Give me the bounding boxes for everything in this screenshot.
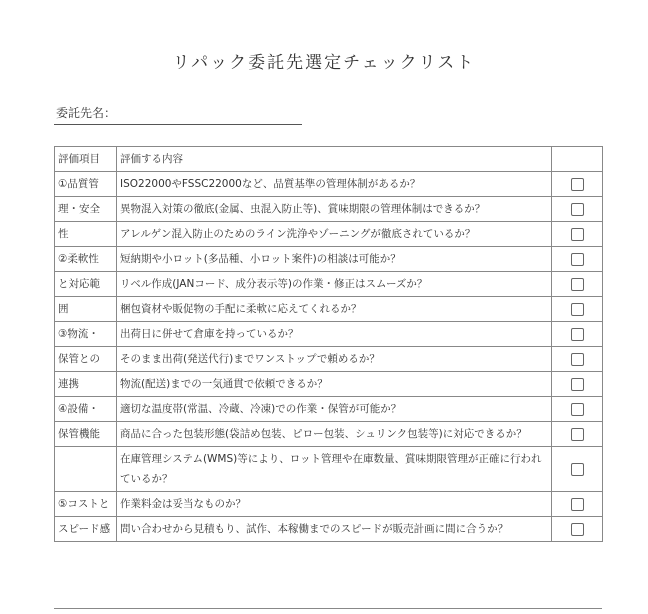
item-cell: そのまま出荷(発送代行)までワンストップで頼めるか？ — [117, 347, 552, 372]
category-cell: と対応範 — [55, 272, 117, 297]
category-cell: ②柔軟性 — [55, 247, 117, 272]
table-row: 保管との そのまま出荷(発送代行)までワンストップで頼めるか？ — [55, 347, 603, 372]
checkbox[interactable] — [571, 328, 584, 341]
item-cell: 在庫管理システム(WMS)等により、ロット管理や在庫数量、賞味期限管理が正確に行… — [117, 447, 552, 492]
table-row: 理・安全 異物混入対策の徹底(金属、虫混入防止等)、賞味期限の管理体制はできるか… — [55, 197, 603, 222]
category-cell: 保管との — [55, 347, 117, 372]
category-cell: スピード感 — [55, 517, 117, 542]
checklist-table: 評価項目 評価する内容 ①品質管 ISO22000やFSSC22000など、品質… — [54, 146, 603, 542]
category-cell: 保管機能 — [55, 422, 117, 447]
category-cell: 理・安全 — [55, 197, 117, 222]
table-row: ④設備・ 適切な温度帯(常温、冷蔵、冷凍)での作業・保管が可能か？ — [55, 397, 603, 422]
item-cell: 作業料金は妥当なものか？ — [117, 492, 552, 517]
header-item: 評価する内容 — [117, 147, 552, 172]
table-row: 囲 梱包資材や販促物の手配に柔軟に応えてくれるか？ — [55, 297, 603, 322]
item-cell: アレルゲン混入防止のためのライン洗浄やゾーニングが徹底されているか？ — [117, 222, 552, 247]
item-cell: 異物混入対策の徹底(金属、虫混入防止等)、賞味期限の管理体制はできるか？ — [117, 197, 552, 222]
client-name-field-line[interactable] — [54, 124, 302, 125]
table-row: ⑤コストと 作業料金は妥当なものか？ — [55, 492, 603, 517]
item-cell: ISO22000やFSSC22000など、品質基準の管理体制があるか？ — [117, 172, 552, 197]
item-cell: 出荷日に併せて倉庫を持っているか？ — [117, 322, 552, 347]
category-cell: 囲 — [55, 297, 117, 322]
checkbox[interactable] — [571, 203, 584, 216]
category-cell: 性 — [55, 222, 117, 247]
document-title: リパック委託先選定チェックリスト — [0, 48, 648, 73]
item-cell: 物流(配送)までの一気通貫で依頼できるか？ — [117, 372, 552, 397]
table-row: 保管機能 商品に合った包装形態(袋詰め包装、ピロー包装、シュリンク包装等)に対応… — [55, 422, 603, 447]
category-cell: ④設備・ — [55, 397, 117, 422]
table-row: 在庫管理システム(WMS)等により、ロット管理や在庫数量、賞味期限管理が正確に行… — [55, 447, 603, 492]
checkbox[interactable] — [571, 178, 584, 191]
item-cell: 適切な温度帯(常温、冷蔵、冷凍)での作業・保管が可能か？ — [117, 397, 552, 422]
checkbox[interactable] — [571, 378, 584, 391]
item-cell: リベル作成(JANコード、成分表示等)の作業・修正はスムーズか？ — [117, 272, 552, 297]
checkbox[interactable] — [571, 228, 584, 241]
table-row: 連携 物流(配送)までの一気通貫で依頼できるか？ — [55, 372, 603, 397]
category-cell: 連携 — [55, 372, 117, 397]
category-cell: ①品質管 — [55, 172, 117, 197]
table-header-row: 評価項目 評価する内容 — [55, 147, 603, 172]
table-row: ②柔軟性 短納期や小ロット(多品種、小ロット案件)の相談は可能か？ — [55, 247, 603, 272]
next-table-edge — [54, 608, 602, 614]
checkbox[interactable] — [571, 253, 584, 266]
header-check — [552, 147, 603, 172]
checkbox[interactable] — [571, 428, 584, 441]
category-cell — [55, 447, 117, 492]
checkbox[interactable] — [571, 303, 584, 316]
header-category: 評価項目 — [55, 147, 117, 172]
table-row: と対応範 リベル作成(JANコード、成分表示等)の作業・修正はスムーズか？ — [55, 272, 603, 297]
item-cell: 商品に合った包装形態(袋詰め包装、ピロー包装、シュリンク包装等)に対応できるか？ — [117, 422, 552, 447]
table-row: スピード感 問い合わせから見積もり、試作、本稼働までのスピードが販売計画に間に合… — [55, 517, 603, 542]
table-row: ③物流・ 出荷日に併せて倉庫を持っているか？ — [55, 322, 603, 347]
item-cell: 短納期や小ロット(多品種、小ロット案件)の相談は可能か？ — [117, 247, 552, 272]
checkbox[interactable] — [571, 403, 584, 416]
checkbox[interactable] — [571, 523, 584, 536]
checkbox[interactable] — [571, 278, 584, 291]
checkbox[interactable] — [571, 498, 584, 511]
client-name-label: 委託先名： — [56, 104, 116, 121]
table-row: 性 アレルゲン混入防止のためのライン洗浄やゾーニングが徹底されているか？ — [55, 222, 603, 247]
category-cell: ③物流・ — [55, 322, 117, 347]
item-cell: 問い合わせから見積もり、試作、本稼働までのスピードが販売計画に間に合うか？ — [117, 517, 552, 542]
item-cell: 梱包資材や販促物の手配に柔軟に応えてくれるか？ — [117, 297, 552, 322]
checkbox[interactable] — [571, 353, 584, 366]
checkbox[interactable] — [571, 463, 584, 476]
table-row: ①品質管 ISO22000やFSSC22000など、品質基準の管理体制があるか？ — [55, 172, 603, 197]
category-cell: ⑤コストと — [55, 492, 117, 517]
